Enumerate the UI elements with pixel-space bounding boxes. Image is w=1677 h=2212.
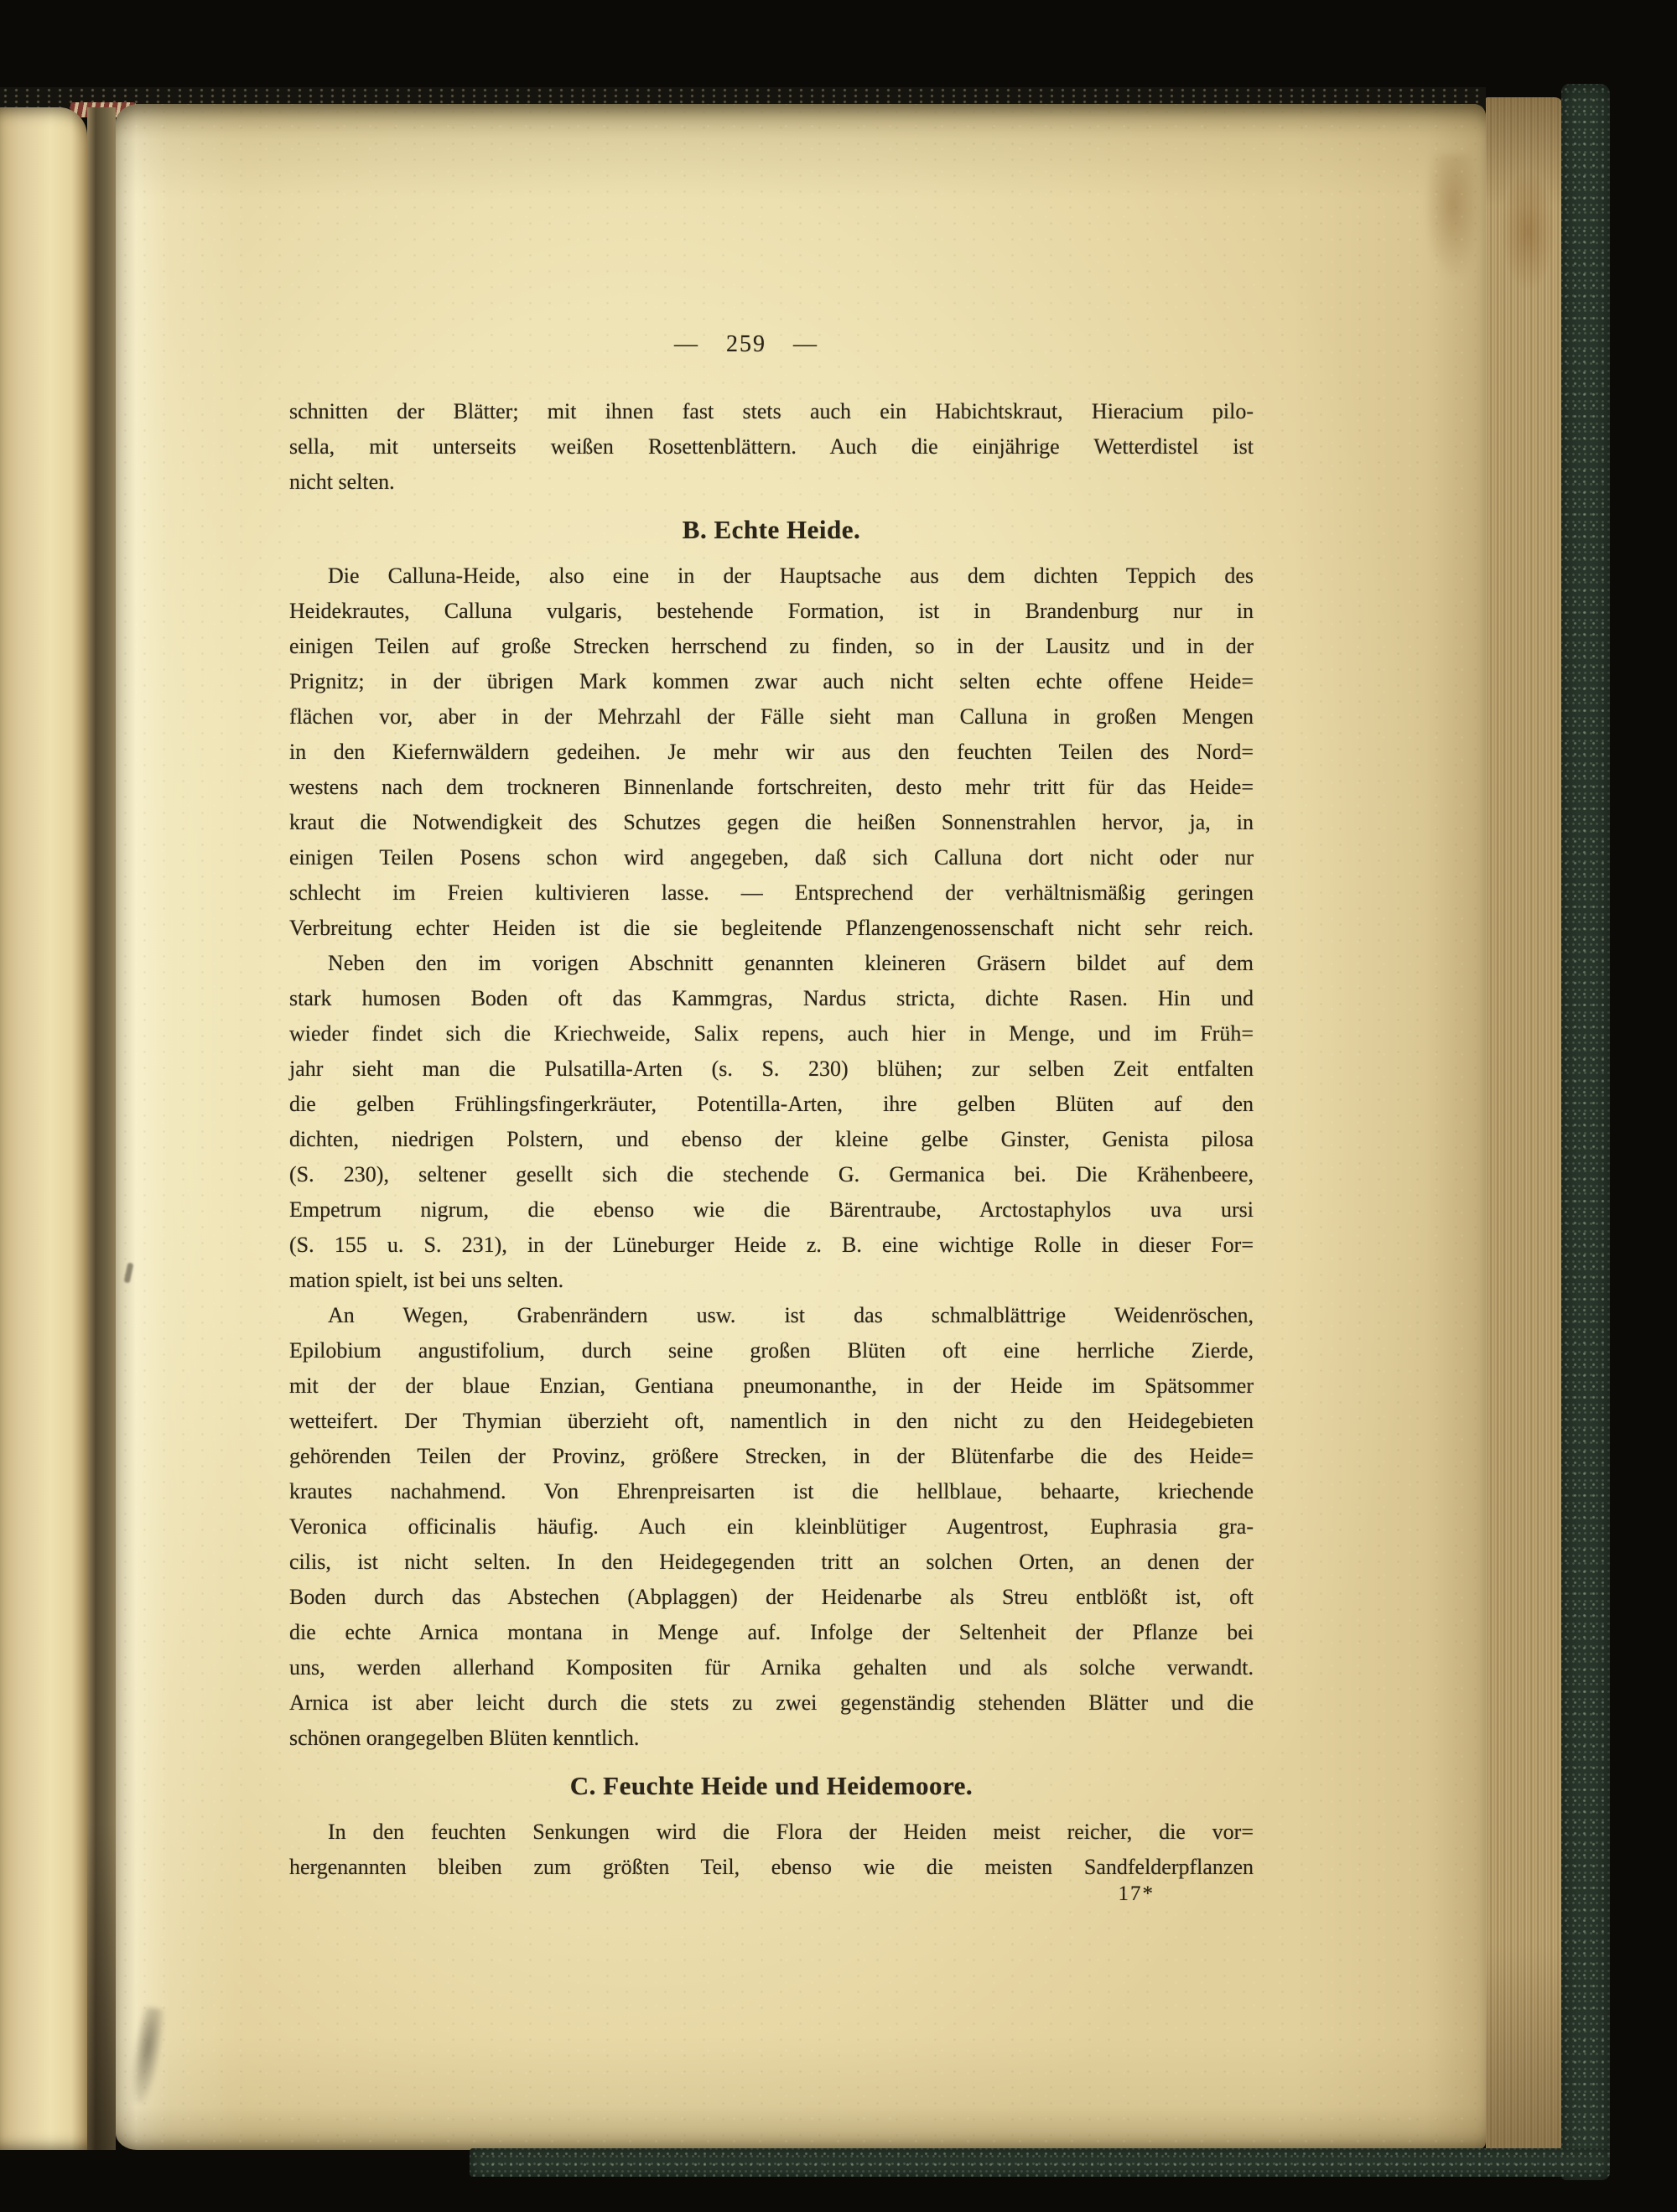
text-line: Boden durch das Abstechen (Abplaggen) de… [289,1580,1254,1615]
book-photograph: — 259 — schnitten der Blätter; mit ihnen… [0,0,1677,2212]
text-line: die echte Arnica montana in Menge auf. I… [289,1615,1254,1650]
text-line: Empetrum nigrum, die ebenso wie die Bäre… [289,1192,1254,1228]
text-line: wieder findet sich die Kriechweide, Sali… [289,1016,1254,1051]
text-blocks: schnitten der Blätter; mit ihnen fast st… [289,394,1254,1885]
margin-mark [124,1263,134,1284]
text-line: Veronica officinalis häufig. Auch ein kl… [289,1509,1254,1545]
text-line: schlecht im Freien kultivieren lasse. — … [289,875,1254,911]
paragraph: schnitten der Blätter; mit ihnen fast st… [289,394,1254,500]
text-line: stark humosen Boden oft das Kammgras, Na… [289,981,1254,1016]
left-page-edge [0,107,87,2150]
text-line: (S. 155 u. S. 231), in der Lüneburger He… [289,1228,1254,1263]
text-line: hergenannten bleiben zum größten Teil, e… [289,1850,1254,1885]
text-line: An Wegen, Grabenrändern usw. ist das sch… [289,1298,1254,1333]
paragraph: An Wegen, Grabenrändern usw. ist das sch… [289,1298,1254,1756]
gutter-shadow [87,107,116,2150]
text-line: dichten, niedrigen Polstern, und ebenso … [289,1122,1254,1157]
text-line: wetteifert. Der Thymian überzieht oft, n… [289,1404,1254,1439]
section-heading: C. Feuchte Heide und Heidemoore. [289,1768,1254,1804]
text-line: (S. 230), seltener gesellt sich die stec… [289,1157,1254,1192]
text-line: Verbreitung echter Heiden ist die sie be… [289,911,1254,946]
paragraph: In den feuchten Senkungen wird die Flora… [289,1815,1254,1885]
text-line: westens nach dem trockneren Binnenlande … [289,770,1254,805]
pencil-smudge [127,2006,167,2105]
text-line: krautes nachahmend. Von Ehrenpreisarten … [289,1474,1254,1509]
text-line: sella, mit unterseits weißen Rosettenblä… [289,429,1254,465]
text-column: — 259 — schnitten der Blätter; mit ihnen… [289,327,1254,1907]
text-line: kraut die Notwendigkeit des Schutzes geg… [289,805,1254,840]
paragraph: Die Calluna-Heide, also eine in der Haup… [289,558,1254,946]
text-line: flächen vor, aber in der Mehrzahl der Fä… [289,699,1254,735]
text-line: mit der der blaue Enzian, Gentiana pneum… [289,1368,1254,1404]
text-line: cilis, ist nicht selten. In den Heidegeg… [289,1545,1254,1580]
text-line: Die Calluna-Heide, also eine in der Haup… [289,558,1254,594]
cover-cloth-bottom [470,2148,1610,2177]
text-line: Epilobium angustifolium, durch seine gro… [289,1333,1254,1368]
signature-mark: 17* [289,1882,1254,1907]
text-line: Prignitz; in der übrigen Mark kommen zwa… [289,664,1254,699]
book-page: — 259 — schnitten der Blätter; mit ihnen… [116,104,1486,2150]
text-line: uns, werden allerhand Kompositen für Arn… [289,1650,1254,1685]
text-line: gehörenden Teilen der Provinz, größere S… [289,1439,1254,1474]
text-line: einigen Teilen auf große Strecken herrsc… [289,629,1254,664]
text-line: einigen Teilen Posens schon wird angegeb… [289,840,1254,875]
paragraph: Neben den im vorigen Abschnitt genannten… [289,946,1254,1298]
text-line: Heidekrautes, Calluna vulgaris, bestehen… [289,594,1254,629]
fore-edge-pages [1486,97,1563,2150]
paper-stain [1424,154,1482,280]
page-number: — 259 — [264,327,1228,362]
text-line: die gelben Frühlingsfingerkräuter, Poten… [289,1087,1254,1122]
text-line: in den Kiefernwäldern gedeihen. Je mehr … [289,735,1254,770]
text-line: Neben den im vorigen Abschnitt genannten… [289,946,1254,981]
cover-cloth-right [1561,84,1610,2180]
text-line: Arnica ist aber leicht durch die stets z… [289,1685,1254,1721]
text-line: nicht selten. [289,465,1254,500]
text-line: schnitten der Blätter; mit ihnen fast st… [289,394,1254,429]
section-heading: B. Echte Heide. [289,511,1254,548]
text-line: schönen orangegelben Blüten kenntlich. [289,1721,1254,1756]
text-line: jahr sieht man die Pulsatilla-Arten (s. … [289,1051,1254,1087]
text-line: In den feuchten Senkungen wird die Flora… [289,1815,1254,1850]
text-line: mation spielt, ist bei uns selten. [289,1263,1254,1298]
